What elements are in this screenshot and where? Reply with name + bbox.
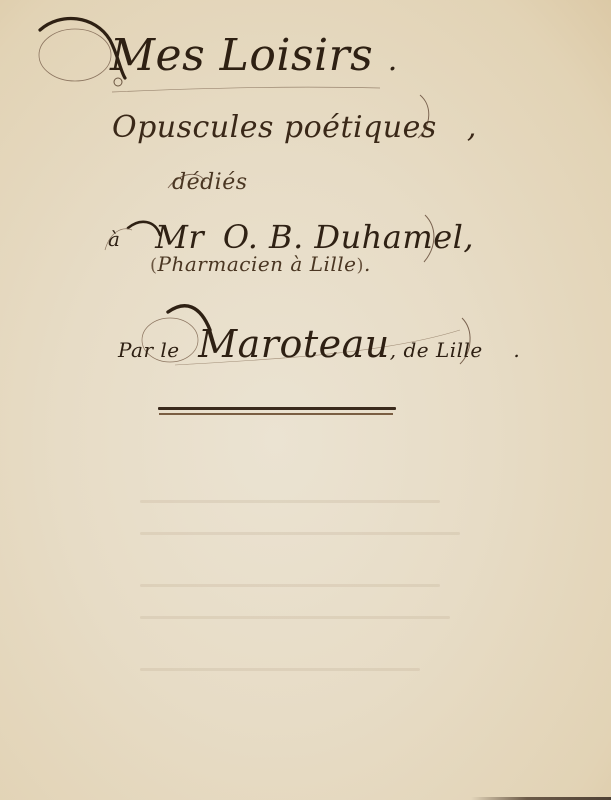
occupation-punctuation: . xyxy=(364,252,371,276)
title-punctuation: . xyxy=(388,43,398,78)
title-text: Mes Loisirs xyxy=(110,30,373,81)
subtitle-text: Opuscules poétiques xyxy=(112,110,437,145)
author-origin: , de Lille xyxy=(390,338,483,362)
manuscript-page: Mes Loisirs . Opuscules poétiques , dédi… xyxy=(0,0,611,800)
author-line: Par le Maroteau, de Lille . xyxy=(118,322,520,366)
close-paren-icon: ) xyxy=(357,255,365,276)
double-rule-divider xyxy=(158,407,396,415)
manuscript-title: Mes Loisirs . xyxy=(110,30,398,81)
dedicatee-prefix: à xyxy=(108,227,120,251)
show-through-line xyxy=(140,616,450,619)
rule-thin xyxy=(159,413,393,415)
dedicatee-line: à Mr O. B. Duhamel, xyxy=(108,218,474,256)
author-prefix: Par le xyxy=(118,338,180,362)
subtitle-punctuation: , xyxy=(467,110,477,145)
dedicatee-occupation: Pharmacien à Lille xyxy=(158,252,357,276)
manuscript-subtitle: Opuscules poétiques , xyxy=(112,110,477,145)
show-through-line xyxy=(140,668,420,671)
dedicatee-name: O. B. Duhamel xyxy=(223,218,464,256)
show-through-line xyxy=(140,584,440,587)
author-punctuation: . xyxy=(513,338,520,362)
author-name: Maroteau xyxy=(198,322,390,366)
show-through-line xyxy=(140,532,460,535)
dedicatee-honorific: Mr xyxy=(155,218,204,256)
dedicatee-punctuation: , xyxy=(463,218,474,256)
dedication-label: dédiés xyxy=(172,170,248,195)
show-through-line xyxy=(140,500,440,503)
dedicatee-occupation-line: (Pharmacien à Lille). xyxy=(150,252,371,276)
rule-thick xyxy=(158,407,396,410)
open-paren-icon: ( xyxy=(150,255,158,276)
